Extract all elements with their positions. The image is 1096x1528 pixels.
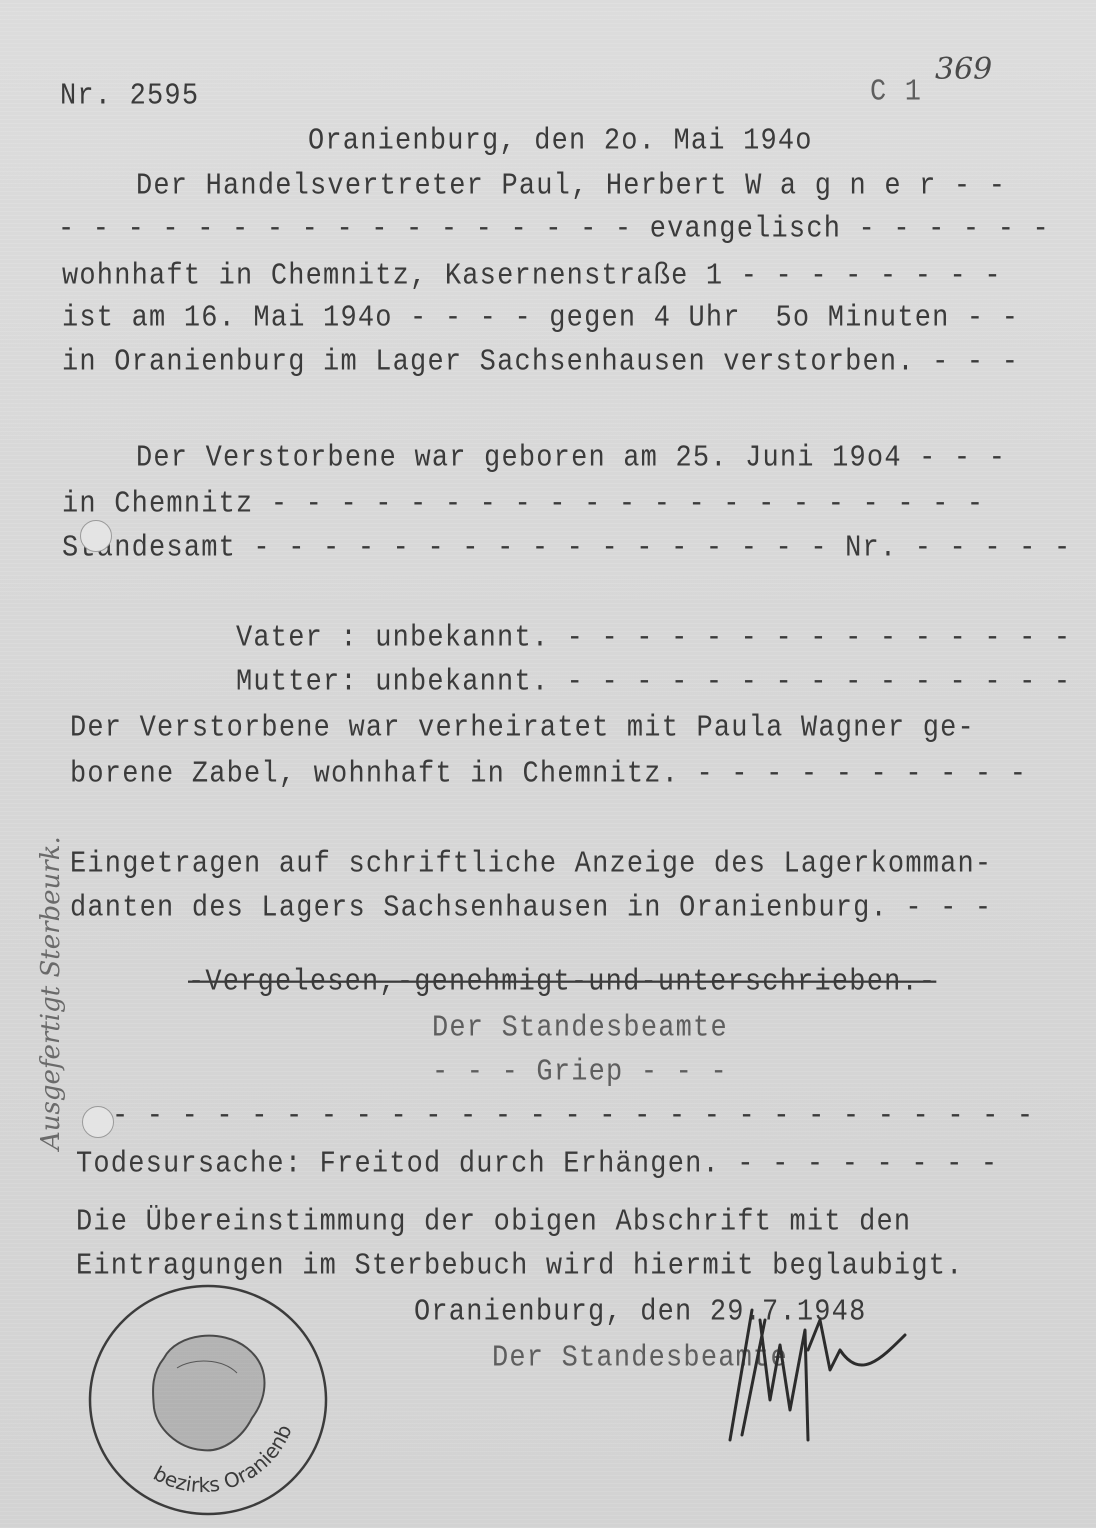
mother-line: Mutter: unbekannt. - - - - - - - - - - -… (236, 666, 1071, 700)
record-line: Der Handelsvertreter Paul, Herbert W a g… (136, 170, 1006, 204)
record-line: in Oranienburg im Lager Sachsenhausen ve… (62, 346, 1019, 380)
separator-line: - - - - - - - - - - - - - - - - - - - - … (112, 1100, 1034, 1134)
registrar-title: Der Standesbeamte (432, 1012, 728, 1046)
document-page: Nr. 2595 C 1 369 Oranienburg, den 2o. Ma… (0, 0, 1096, 1528)
file-code-handwritten: 369 (935, 52, 992, 87)
official-seal-stamp: bezirks Oranienburg (82, 1278, 330, 1518)
birth-line: Standesamt - - - - - - - - - - - - - - -… (62, 532, 1071, 566)
certification-line: Die Übereinstimmung der obigen Abschrift… (76, 1206, 911, 1240)
punch-hole (80, 520, 112, 552)
struck-approval-line: -Vergelesen,-genehmigt-und-unterschriebe… (188, 966, 936, 1000)
marriage-line: borene Zabel, wohnhaft in Chemnitz. - - … (70, 758, 1027, 792)
file-code-typed: C 1 (870, 76, 922, 110)
registration-line: Eingetragen auf schriftliche Anzeige des… (70, 848, 992, 882)
registrar-signature (690, 1290, 930, 1450)
record-line: ist am 16. Mai 194o - - - - gegen 4 Uhr … (62, 302, 1019, 336)
cause-of-death: Todesursache: Freitod durch Erhängen. - … (76, 1148, 998, 1182)
register-number: Nr. 2595 (60, 80, 199, 114)
father-line: Vater : unbekannt. - - - - - - - - - - -… (236, 622, 1071, 656)
registration-line: danten des Lagers Sachsenhausen in Orani… (70, 892, 992, 926)
registrar-name: - - - Griep - - - (432, 1056, 728, 1090)
record-line: wohnhaft in Chemnitz, Kasernenstraße 1 -… (62, 260, 1002, 294)
punch-hole (82, 1106, 114, 1138)
marriage-line: Der Verstorbene war verheiratet mit Paul… (70, 712, 975, 746)
margin-handwritten-note: Ausgefertigt Sterbeurk. (36, 836, 66, 1150)
record-line: - - - - - - - - - - - - - - - - - evange… (58, 213, 1050, 247)
record-place-date: Oranienburg, den 2o. Mai 194o (308, 125, 813, 159)
birth-line: Der Verstorbene war geboren am 25. Juni … (136, 442, 1006, 476)
birth-line: in Chemnitz - - - - - - - - - - - - - - … (62, 488, 984, 522)
